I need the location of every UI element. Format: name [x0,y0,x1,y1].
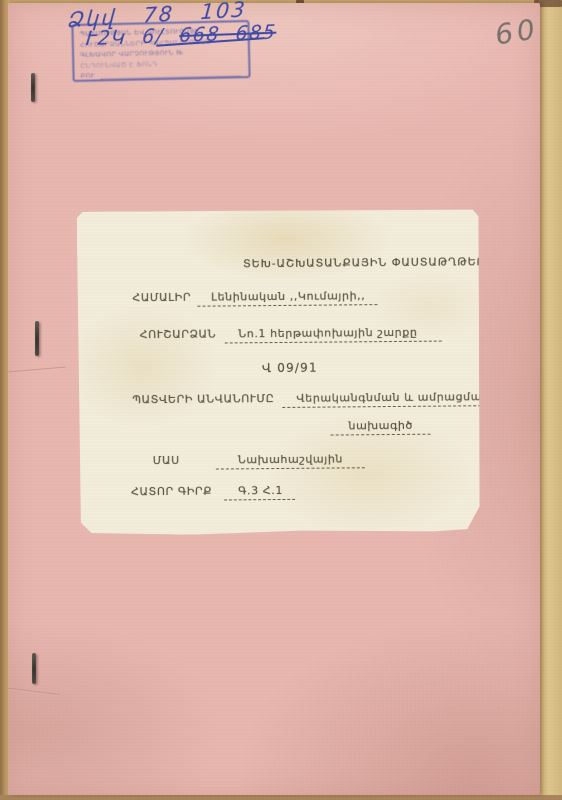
label-title: ՏԵԽ-ԱՇԽԱՏԱՆՔԱՅԻՆ ՓԱՍՏԱԹՂԹԵՐ [243,255,485,270]
scan-edge-bottom [0,795,562,800]
handwritten-prefix: Ւ2Կ 6/ [85,26,165,51]
document-code: Վ 09/91 [262,361,318,375]
field-part-label: ՄԱՍ [153,454,180,467]
staple-top [31,73,35,102]
field-order-value-line2: նախագիծ [330,419,431,436]
field-monument: ՀՈՒՇԱՐՁԱՆՆո.1 հերթափոխային շարքը [140,326,442,345]
field-volume-value: Գ.3 Հ.1 [224,484,295,501]
field-monument-value: Նո.1 հերթափոխային շարքը [224,326,441,344]
folder-cover: ՊԱՏՄՈՒԹՅԱՆ ԵՎ ԿՈՒԼՏՈՒՐԱՅԻ ՀՈՒՇԱՐՁԱՆՆԵՐԻ … [8,3,540,795]
field-complex-value: Լենինական ,,Կումայրի,, [197,289,377,307]
field-order-label: ՊԱՏՎԵՐԻ ԱՆՎԱՆՈՒՄԸ [132,392,274,406]
field-order: ՊԱՏՎԵՐԻ ԱՆՎԱՆՈՒՄԸՎերականգնման և ամրացման [132,390,502,409]
field-part: ՄԱՍՆախահաշվային [153,452,365,470]
pencil-page-number: 60 [493,12,541,51]
crease-left [8,366,66,373]
staple-middle [35,321,39,356]
field-volume: ՀԱՏՈՐ ԳԻՐՔԳ.3 Հ.1 [131,484,295,501]
stamp-footer-label: ԲՈՒ [80,71,94,82]
stamp-dotted-line [101,75,241,79]
crease-bottom-left [8,688,60,696]
field-order-value-line2-wrap: նախագիծ [330,419,431,436]
pasted-label: ՏԵԽ-ԱՇԽԱՏԱՆՔԱՅԻՆ ՓԱՍՏԱԹՂԹԵՐ ՀԱՄԱԼԻՐԼենին… [77,208,482,535]
field-order-value-line1: Վերականգնման և ամրացման [282,390,501,408]
stamp-footer-line: ԲՈՒ [80,67,242,81]
field-monument-label: ՀՈՒՇԱՐՁԱՆ [140,328,217,342]
staple-bottom [32,653,36,684]
field-complex: ՀԱՄԱԼԻՐԼենինական ,,Կումայրի,, [132,289,377,307]
field-part-value: Նախահաշվային [216,452,365,469]
field-volume-label: ՀԱՏՈՐ ԳԻՐՔ [131,485,212,499]
field-complex-label: ՀԱՄԱԼԻՐ [132,291,191,305]
